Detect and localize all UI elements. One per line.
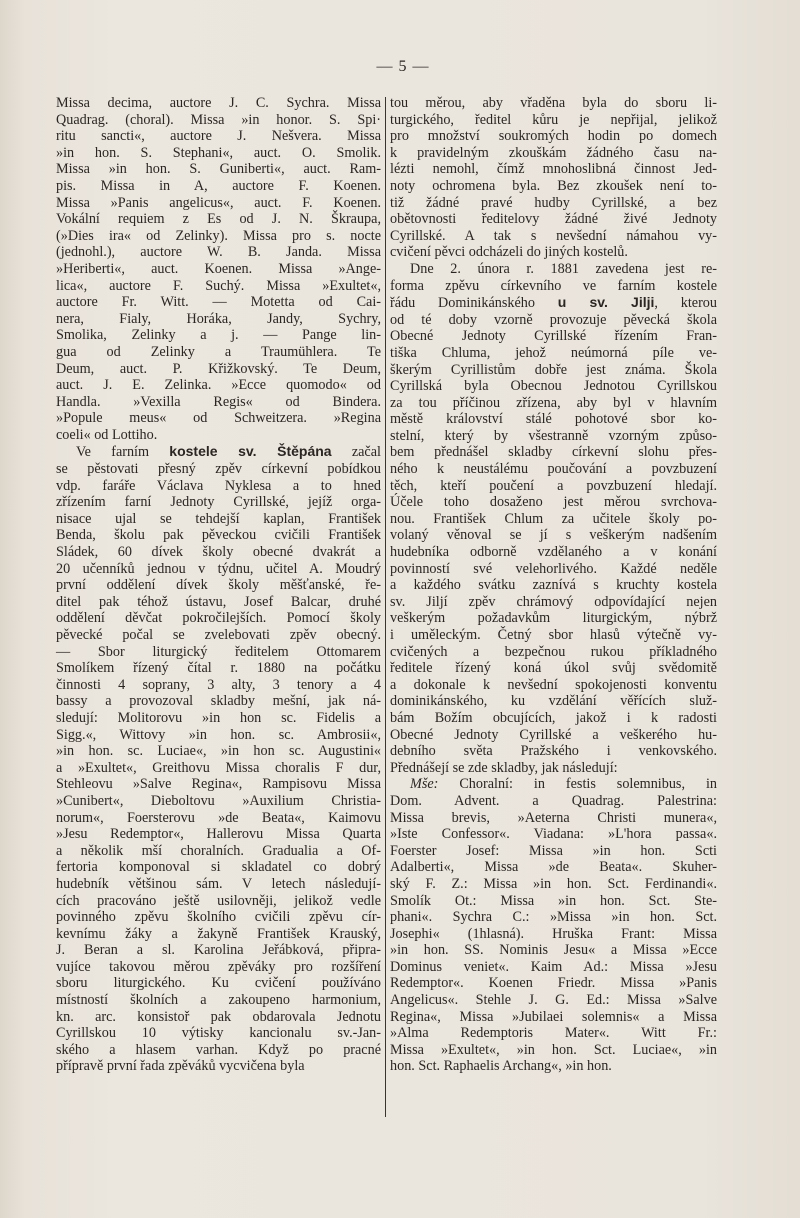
- text-line: »Iste Confessor«. Viadana: »L'hora passa…: [390, 826, 717, 843]
- text-line: »in hon. sc. Luciae«, »in hon sc. August…: [56, 743, 381, 760]
- text-line: Foerster Josef: Missa »in hon. Scti: [390, 843, 717, 860]
- text-line: cích pracováno ještě usilovněji, jelikož…: [56, 893, 381, 910]
- text-line: Handla. »Vexilla Regis« od Bindera.: [56, 394, 381, 411]
- text-line: činnosti 4 soprany, 3 alty, 3 tenory a 4: [56, 677, 381, 694]
- text-line: Missa »in hon. S. Guniberti«, auct. Ram-: [56, 161, 381, 178]
- emphasized-place-name: kostele sv. Štěpána: [169, 443, 331, 459]
- text-line: ditel pak téhož ústavu, Josef Balcar, dr…: [56, 594, 381, 611]
- text-line: »Cunibert«, Dieboltovu »Auxilium Christi…: [56, 793, 381, 810]
- text-line: Josephi« (1hlasná). Hruška Frant: Missa: [390, 926, 717, 943]
- text-line: »Alma Redemptoris Mater«. Witt Fr.:: [390, 1025, 717, 1042]
- text-line: volaný věnoval se jí s veškerým nadšením: [390, 527, 717, 544]
- text-line: hon. Sct. Raphaelis Archang«, »in hon.: [390, 1058, 717, 1075]
- right-column: tou měrou, aby vřaděna byla do sboru li-…: [390, 95, 717, 1075]
- text-line: a dokonale k nevšední spokojenosti konve…: [390, 677, 717, 694]
- text-line: a několik mší choralních. Gradualia a Of…: [56, 843, 381, 860]
- text-line: nou. František Chlum za učitele školy po…: [390, 511, 717, 528]
- section-label: Mše:: [410, 776, 438, 792]
- text-line: zřízením farní Jednoty Cyrillské, jejíž …: [56, 494, 381, 511]
- left-column: Missa decima, auctore J. C. Sychra. Miss…: [56, 95, 381, 1075]
- text-line: debního světa Pražského i venkovského.: [390, 743, 717, 760]
- text-line: fertoria komponoval si skladatel co dobr…: [56, 859, 381, 876]
- text-line: Sládek, 60 dívek školy obecné dvakrát a: [56, 544, 381, 561]
- text-line: stelní, který by všestranně vzorným způs…: [390, 428, 717, 445]
- text-line: ský F. Z.: Missa »in hon. Sct. Ferdinand…: [390, 876, 717, 893]
- text-line: Benda, školu pak pěveckou cvičili Franti…: [56, 527, 381, 544]
- text-line: Adalberti«, Missa »de Beata«. Skuher-: [390, 859, 717, 876]
- text-line: Ve farním kostele sv. Štěpána začal: [56, 443, 381, 461]
- text-line: obětovnosti ředitelovy žádné živé Jednot…: [390, 211, 717, 228]
- text-line: a »Exultet«, Greithovu Missa choralis F …: [56, 760, 381, 777]
- text-line: Missa »Exultet«, »in hon. Sct. Luciae«, …: [390, 1042, 717, 1059]
- text-line: ředitele řízený koná úkol svůj svědomitě: [390, 660, 717, 677]
- text-line: ského a hlasem varhan. Když po pracné: [56, 1042, 381, 1059]
- text-line: a každého svátku zaznívá s kruchty koste…: [390, 577, 717, 594]
- text-line: norum«, Foersterovu »de Beata«, Kaimovu: [56, 810, 381, 827]
- text-line: »in hon. SS. Nominis Jesu« a Missa »Ecce: [390, 942, 717, 959]
- text-line: Obecné Jednoty Cyrillské řízením Fran-: [390, 328, 717, 345]
- text-line: povinného zpěvu školního cvičili zpěvu c…: [56, 909, 381, 926]
- text-line: noty ochromena byla. Bez zkoušek není to…: [390, 178, 717, 195]
- text-line: »Popule meus« od Schweitzera. »Regina: [56, 410, 381, 427]
- text-line: Dne 2. února r. 1881 zavedena jest re-: [390, 261, 717, 278]
- text-line: tiška Chluma, jehož neúmorná píle ve-: [390, 345, 717, 362]
- text-line: řádu Dominikánského u sv. Jilji, kterou: [390, 294, 717, 312]
- text-line: Dominus veniet«. Kaim Ad.: Missa »Jesu: [390, 959, 717, 976]
- text-line: pěvecké počal se zvelebovati zpěv obecný…: [56, 627, 381, 644]
- text-line: »in hon. S. Stephani«, auct. O. Smolik.: [56, 145, 381, 162]
- text-line: Cyrillská byla Obecnou Jednotou Cyrillsk…: [390, 378, 717, 395]
- text-line: (»Dies ira« od Zelinky). Missa pro s. no…: [56, 228, 381, 245]
- text-line: lica«, auctore F. Suchý. Missa »Exultet«…: [56, 278, 381, 295]
- text-line: ritu sancti«, auctore J. Nešvera. Missa: [56, 128, 381, 145]
- text-line: turgického, ředitel kůru je nepřijal, je…: [390, 112, 717, 129]
- text-line: Missa »Panis angelicus«, auct. F. Koenen…: [56, 195, 381, 212]
- text-line: vdp. faráře Václava Nyklesa a to hned: [56, 478, 381, 495]
- text-line: sboru liturgického. Ku cvičení používáno: [56, 975, 381, 992]
- text-line: »Jesu Redemptor«, Hallerovu Missa Quarta: [56, 826, 381, 843]
- text-line: veškerým požadavkům liturgickým, nýbrž: [390, 610, 717, 627]
- column-divider: [385, 97, 386, 1117]
- text-line: bem přednášel skladby církevní slohu pře…: [390, 444, 717, 461]
- text-line: Missa decima, auctore J. C. Sychra. Miss…: [56, 95, 381, 112]
- text-line: nera, Fialy, Horáka, Jandy, Sychry,: [56, 311, 381, 328]
- text-line: se pěstovati přesný zpěv církevní pobídk…: [56, 461, 381, 478]
- text-line: kevnímu žáky a žakyně František Krauský,: [56, 926, 381, 943]
- text-line: dominikánského, ku vzdělání věřících slu…: [390, 693, 717, 710]
- text-line: Sigg.«, Wittovy »in hon. sc. Ambrosii«,: [56, 727, 381, 744]
- text-line: Přednášejí se zde skladby, jak následují…: [390, 760, 717, 777]
- text-line: Stehleovu »Salve Regina«, Rampisovu Miss…: [56, 776, 381, 793]
- text-line: bassy a provozoval skladby mešní, jak ná…: [56, 693, 381, 710]
- text-line: phani«. Sychra C.: »Missa »in hon. Sct.: [390, 909, 717, 926]
- text-line: Účele toho dosaženo jest měrou svrchova-: [390, 494, 717, 511]
- text-line: Cyrillské. A tak s nevšední námahou vy-: [390, 228, 717, 245]
- text-line: — Sbor liturgický ředitelem Ottomarem: [56, 644, 381, 661]
- text-line: Obecné Jednoty Cyrillské a veškerého hu-: [390, 727, 717, 744]
- text-line: sv. Jiljí zpěv chrámový odpovídající nej…: [390, 594, 717, 611]
- text-line: 20 učenníků jednou v týdnu, učitel A. Mo…: [56, 561, 381, 578]
- page-number: — 5 —: [0, 58, 800, 76]
- text-line: i uměleckým. Četný sbor hlasů výtečně vy…: [390, 627, 717, 644]
- text-line: Deum, auct. P. Křižkovský. Te Deum,: [56, 361, 381, 378]
- text-line: Smolíkem řízený čítal r. 1880 na počátku: [56, 660, 381, 677]
- text-line: Smolík Ot.: Missa »in hon. Sct. Ste-: [390, 893, 717, 910]
- text-line: bám Božím obcujících, jakož i k radosti: [390, 710, 717, 727]
- text-line: Missa brevis, »Aeterna Christi munera«,: [390, 810, 717, 827]
- text-line: přípravě první řada zpěváků vycvičena by…: [56, 1058, 381, 1075]
- text-line: auctore Fr. Witt. — Motetta od Cai-: [56, 294, 381, 311]
- text-line: městě království stálé pohotové sbor ko-: [390, 411, 717, 428]
- text-line: ného k neustálému poučování a povzbuzení: [390, 461, 717, 478]
- text-line: těch, kteří poučení a povzbuzení hledají…: [390, 478, 717, 495]
- text-line: kn. arc. konsistoř pak obdarovala Jednot…: [56, 1009, 381, 1026]
- text-line: pis. Missa in A, auctore F. Koenen.: [56, 178, 381, 195]
- text-line: pro množství soukromých hodin po domech: [390, 128, 717, 145]
- text-line: »Heriberti«, auct. Koenen. Missa »Ange-: [56, 261, 381, 278]
- text-line: vujíce takovou měrou zpěváky pro rozšíře…: [56, 959, 381, 976]
- text-line: tiž žádné pravé hudby Cyrillské, a bez: [390, 195, 717, 212]
- text-line: Smolika, Zelinky a j. — Pange lin-: [56, 327, 381, 344]
- text-line: J. Beran a sl. Karolina Jeřábková, připr…: [56, 942, 381, 959]
- text-line: Regina«, Missa »Jubilaei solemnis« a Mis…: [390, 1009, 717, 1026]
- text-line: Cyrillskou 10 výtisky kancionalu sv.-Jan…: [56, 1025, 381, 1042]
- text-line: první oddělení dívek školy měšťanské, ře…: [56, 577, 381, 594]
- text-line: Quadrag. (choral). Missa »in honor. S. S…: [56, 112, 381, 129]
- text-line: hudebník většinou sám. V letech následuj…: [56, 876, 381, 893]
- text-line: tou měrou, aby vřaděna byla do sboru li-: [390, 95, 717, 112]
- text-line: hudebníka odborně vzdělaného a v konání: [390, 544, 717, 561]
- text-line: forma zpěvu církevního ve farním kostele: [390, 278, 717, 295]
- text-line: coeli« od Lottiho.: [56, 427, 381, 444]
- text-line: Mše: Choralní: in festis solemnibus, in: [390, 776, 717, 793]
- text-line: povinností své velehorlivého. Každé nedě…: [390, 561, 717, 578]
- text-line: cvičených a bezpečnou rukou příkladného: [390, 644, 717, 661]
- text-line: auct. J. E. Zelinka. »Ecce quomodo« od: [56, 377, 381, 394]
- text-line: od té doby vzorně provozuje pěvecká škol…: [390, 312, 717, 329]
- text-line: škerým Cyrillistům dobře jest známa. Ško…: [390, 362, 717, 379]
- emphasized-place-name: u sv. Jilji: [558, 294, 655, 310]
- text-line: cvičení pěvci odcházeli do jiných kostel…: [390, 244, 717, 261]
- text-line: Redemptor«. Koenen Friedr. Missa »Panis: [390, 975, 717, 992]
- text-line: za tou příčinou zřízena, aby byl v hlavn…: [390, 395, 717, 412]
- text-line: sledují: Molitorovu »in hon sc. Fidelis …: [56, 710, 381, 727]
- text-line: Vokální requiem z Es od J. N. Škraupa,: [56, 211, 381, 228]
- text-line: místností školních a zakoupeno harmonium…: [56, 992, 381, 1009]
- text-line: gua od Zelinky a Traumühlera. Te: [56, 344, 381, 361]
- text-line: lézti nemohl, čímž mnohoslibná činnost J…: [390, 161, 717, 178]
- text-line: k pravidelným zkouškám žádného času na-: [390, 145, 717, 162]
- text-line: Angelicus«. Stehle J. G. Ed.: Missa »Sal…: [390, 992, 717, 1009]
- text-line: nisace ujal se tehdejší kaplan, Františe…: [56, 511, 381, 528]
- text-line: (jednohl.), auctore W. B. Janda. Missa: [56, 244, 381, 261]
- text-line: Dom. Advent. a Quadrag. Palestrina:: [390, 793, 717, 810]
- text-line: oddělení děvčat pokročilejších. Pomocí š…: [56, 610, 381, 627]
